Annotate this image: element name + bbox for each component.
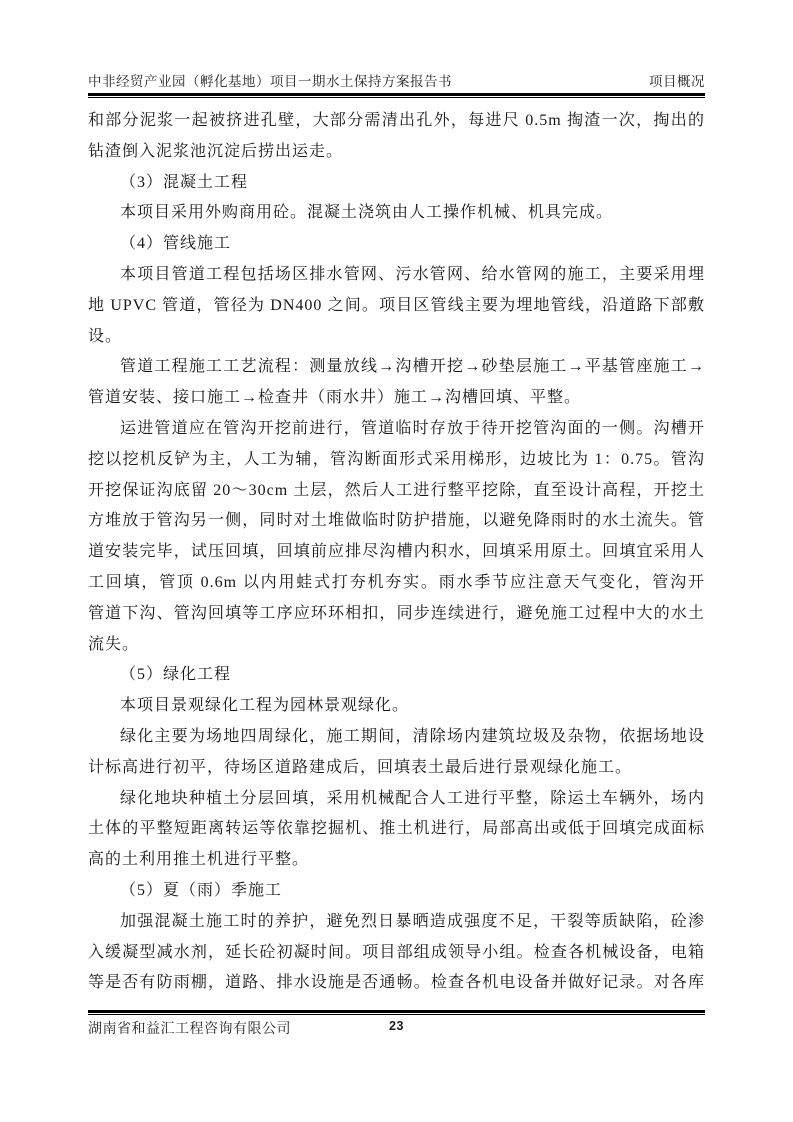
text-line: 运进管道应在管沟开挖前进行，管道临时存放于待开挖管沟面的一侧。沟槽开: [88, 414, 705, 445]
paragraph: 绿化主要为场地四周绿化，施工期间，清除场内建筑垃圾及杂物，依据场地设计标高进行初…: [88, 722, 705, 784]
text-line: 绿化主要为场地四周绿化，施工期间，清除场内建筑垃圾及杂物，依据场地设: [88, 722, 705, 753]
text-line: 加强混凝土施工时的养护，避免烈日暴晒造成强度不足，干裂等质缺陷，砼渗: [88, 907, 705, 938]
text-line: 设。: [88, 322, 705, 353]
document-page: 中非经贸产业园（孵化基地）项目一期水土保持方案报告书 项目概况 和部分泥浆一起被…: [0, 0, 793, 1122]
text-line: 等是否有防雨棚，道路、排水设施是否通畅。检查各机电设备并做好记录。对各库: [88, 968, 705, 999]
footer-rule-thin-line: [88, 1014, 705, 1015]
text-line: 入缓凝型减水剂，延长砼初凝时间。项目部组成领导小组。检查各机械设备，电箱: [88, 938, 705, 969]
text-line: 管道工程施工工艺流程：测量放线→沟槽开挖→砂垫层施工→平基管座施工→: [88, 352, 705, 383]
header-rule: [88, 93, 705, 98]
text-line: 工回填，管顶 0.6m 以内用蛙式打夯机夯实。雨水季节应注意天气变化，管沟开挖、: [88, 568, 705, 599]
text-line: （5）夏（雨）季施工: [88, 876, 705, 907]
text-line: 本项目管道工程包括场区排水管网、污水管网、给水管网的施工，主要采用埋: [88, 260, 705, 291]
footer-rule: [88, 1010, 705, 1015]
text-line: 土体的平整短距离转运等依靠挖掘机、推土机进行，局部高出或低于回填完成面标: [88, 814, 705, 845]
paragraph: 运进管道应在管沟开挖前进行，管道临时存放于待开挖管沟面的一侧。沟槽开挖以挖机反铲…: [88, 414, 705, 660]
section-heading: （4）管线施工: [88, 229, 705, 260]
paragraph: 本项目采用外购商用砼。混凝土浇筑由人工操作机械、机具完成。: [88, 198, 705, 229]
text-line: （4）管线施工: [88, 229, 705, 260]
text-line: 管道安装、接口施工→检查井（雨水井）施工→沟槽回填、平整。: [88, 383, 705, 414]
paragraph: 本项目管道工程包括场区排水管网、污水管网、给水管网的施工，主要采用埋地 UPVC…: [88, 260, 705, 352]
text-line: 和部分泥浆一起被挤进孔壁，大部分需清出孔外，每进尺 0.5m 掏渣一次，掏出的: [88, 106, 705, 137]
header-rule-thin-line: [88, 97, 705, 98]
text-line: 管道下沟、管沟回填等工序应环环相扣，同步连续进行，避免施工过程中大的水土: [88, 599, 705, 630]
header-document-title: 中非经贸产业园（孵化基地）项目一期水土保持方案报告书: [88, 70, 452, 90]
text-line: 地 UPVC 管道，管径为 DN400 之间。项目区管线主要为埋地管线，沿道路下…: [88, 291, 705, 322]
header-section-label: 项目概况: [649, 70, 705, 90]
header-rule-thick-line: [88, 93, 705, 96]
document-body: 和部分泥浆一起被挤进孔壁，大部分需清出孔外，每进尺 0.5m 掏渣一次，掏出的钻…: [88, 106, 705, 999]
text-line: （5）绿化工程: [88, 660, 705, 691]
text-line: 本项目采用外购商用砼。混凝土浇筑由人工操作机械、机具完成。: [88, 198, 705, 229]
paragraph: 绿化地块种植土分层回填，采用机械配合人工进行平整，除运土车辆外，场内土体的平整短…: [88, 784, 705, 876]
text-line: 高的土利用推土机进行平整。: [88, 845, 705, 876]
section-heading: （3）混凝土工程: [88, 168, 705, 199]
section-heading: （5）绿化工程: [88, 660, 705, 691]
text-line: 开挖保证沟底留 20～30cm 土层，然后人工进行整平挖除，直至设计高程，开挖土: [88, 476, 705, 507]
paragraph: 和部分泥浆一起被挤进孔壁，大部分需清出孔外，每进尺 0.5m 掏渣一次，掏出的钻…: [88, 106, 705, 168]
page-number: 23: [88, 1019, 705, 1033]
text-line: 计标高进行初平，待场区道路建成后，回填表土最后进行景观绿化施工。: [88, 753, 705, 784]
text-line: 方堆放于管沟另一侧，同时对土堆做临时防护措施，以避免降雨时的水土流失。管: [88, 506, 705, 537]
text-line: （3）混凝土工程: [88, 168, 705, 199]
page-footer: 湖南省和益汇工程咨询有限公司 23: [88, 1018, 705, 1038]
paragraph: 加强混凝土施工时的养护，避免烈日暴晒造成强度不足，干裂等质缺陷，砼渗入缓凝型减水…: [88, 907, 705, 999]
paragraph: 管道工程施工工艺流程：测量放线→沟槽开挖→砂垫层施工→平基管座施工→管道安装、接…: [88, 352, 705, 414]
text-line: 钻渣倒入泥浆池沉淀后捞出运走。: [88, 137, 705, 168]
footer-rule-thick-line: [88, 1010, 705, 1013]
text-line: 挖以挖机反铲为主，人工为辅，管沟断面形式采用梯形，边坡比为 1：0.75。管沟: [88, 445, 705, 476]
page-header: 中非经贸产业园（孵化基地）项目一期水土保持方案报告书 项目概况: [88, 70, 705, 90]
section-heading: （5）夏（雨）季施工: [88, 876, 705, 907]
text-line: 道安装完毕，试压回填，回填前应排尽沟槽内积水，回填采用原土。回填宜采用人: [88, 537, 705, 568]
text-line: 本项目景观绿化工程为园林景观绿化。: [88, 691, 705, 722]
paragraph: 本项目景观绿化工程为园林景观绿化。: [88, 691, 705, 722]
text-line: 绿化地块种植土分层回填，采用机械配合人工进行平整，除运土车辆外，场内: [88, 784, 705, 815]
text-line: 流失。: [88, 630, 705, 661]
